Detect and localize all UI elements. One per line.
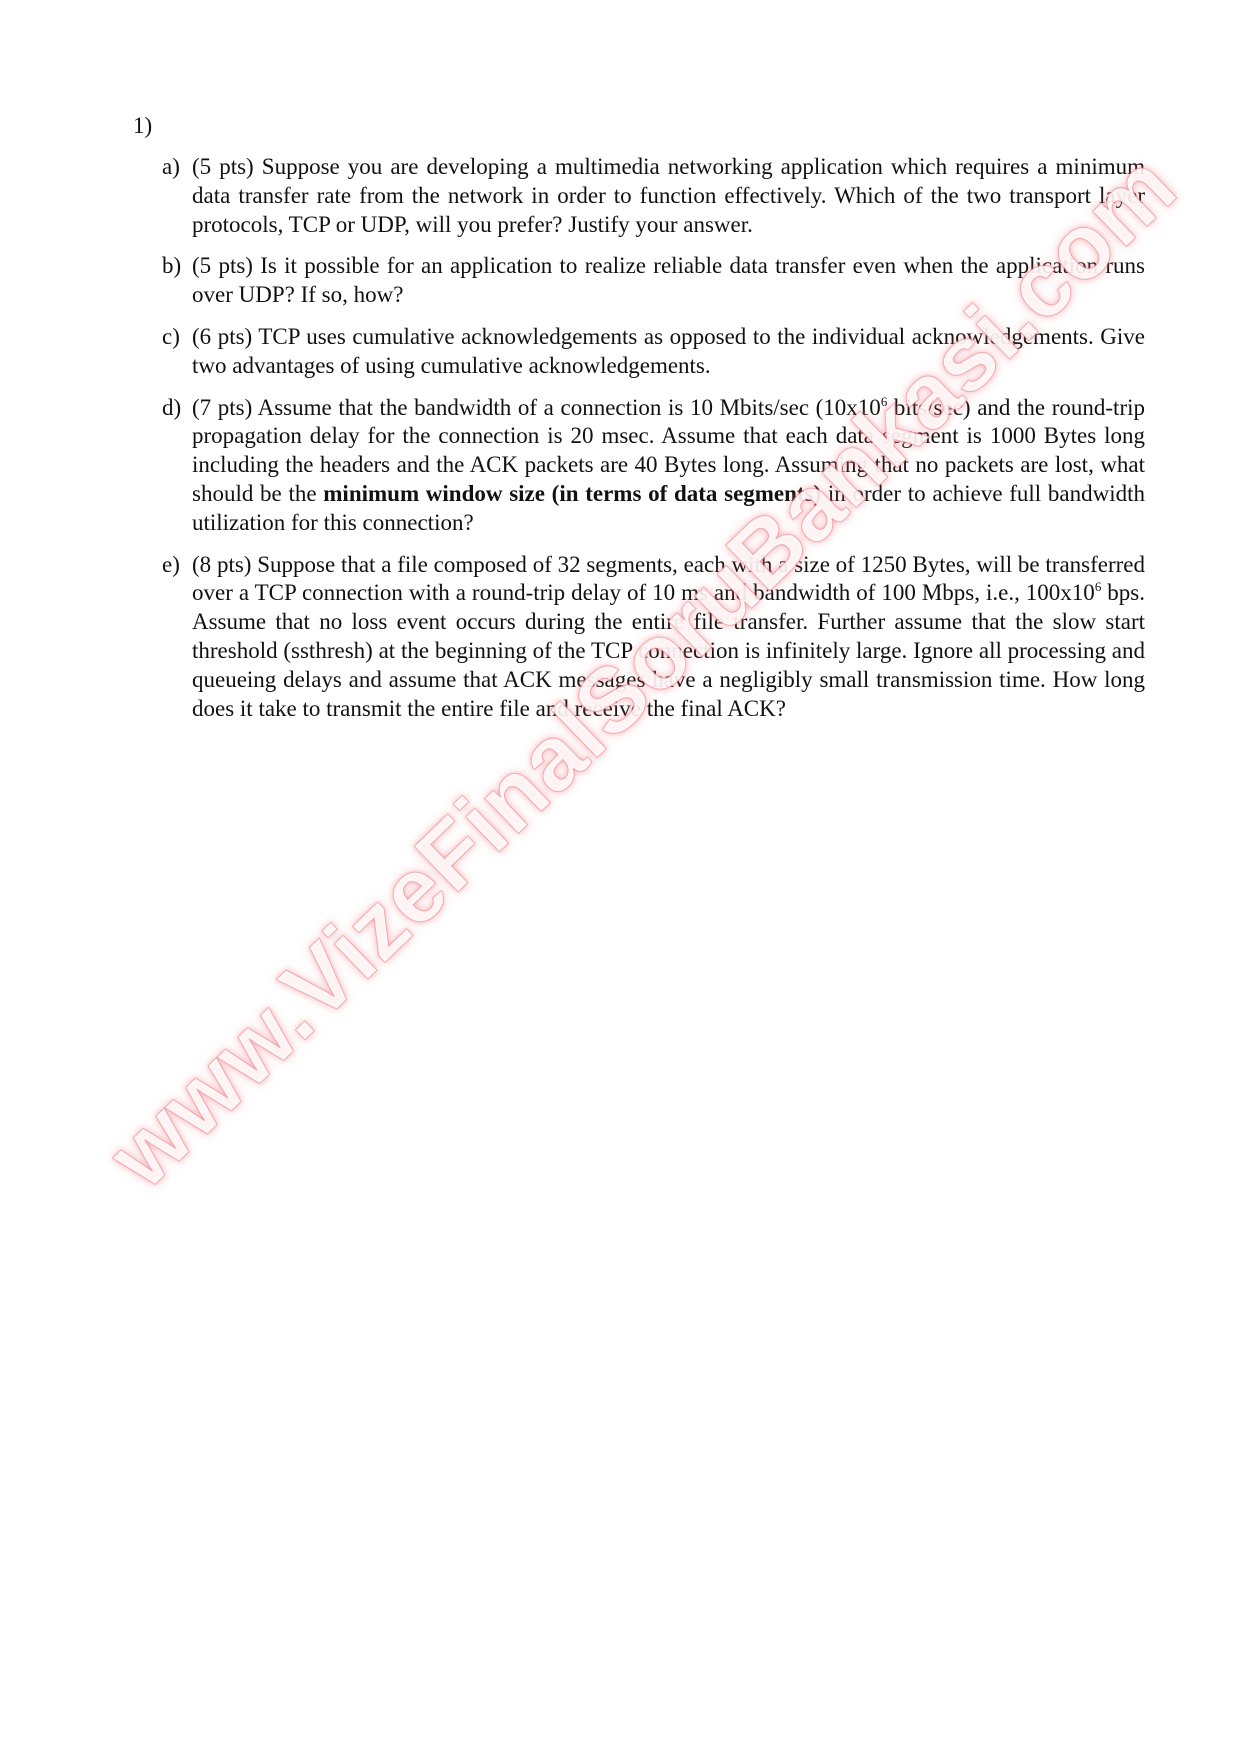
part-c: c) (6 pts) TCP uses cumulative acknowled… <box>162 323 1145 381</box>
question-parts: a) (5 pts) Suppose you are developing a … <box>162 153 1145 736</box>
part-label: e) <box>162 551 192 580</box>
question-number: 1) <box>133 112 152 140</box>
part-text: (6 pts) TCP uses cumulative acknowledgem… <box>192 323 1145 381</box>
part-e: e) (8 pts) Suppose that a file composed … <box>162 551 1145 724</box>
part-text: (7 pts) Assume that the bandwidth of a c… <box>192 394 1145 538</box>
part-a: a) (5 pts) Suppose you are developing a … <box>162 153 1145 239</box>
emphasis-text: minimum window size (in terms of data se… <box>323 481 821 506</box>
part-label: a) <box>162 153 192 182</box>
part-d: d) (7 pts) Assume that the bandwidth of … <box>162 394 1145 538</box>
part-label: b) <box>162 252 192 281</box>
exam-page: 1) a) (5 pts) Suppose you are developing… <box>0 0 1241 1754</box>
part-text: (5 pts) Is it possible for an applicatio… <box>192 252 1145 310</box>
part-text: (8 pts) Suppose that a file composed of … <box>192 551 1145 724</box>
part-label: d) <box>162 394 192 423</box>
part-text: (5 pts) Suppose you are developing a mul… <box>192 153 1145 239</box>
part-b: b) (5 pts) Is it possible for an applica… <box>162 252 1145 310</box>
text-segment: (7 pts) Assume that the bandwidth of a c… <box>192 395 881 420</box>
part-label: c) <box>162 323 192 352</box>
text-segment: (8 pts) Suppose that a file composed of … <box>192 552 1145 606</box>
